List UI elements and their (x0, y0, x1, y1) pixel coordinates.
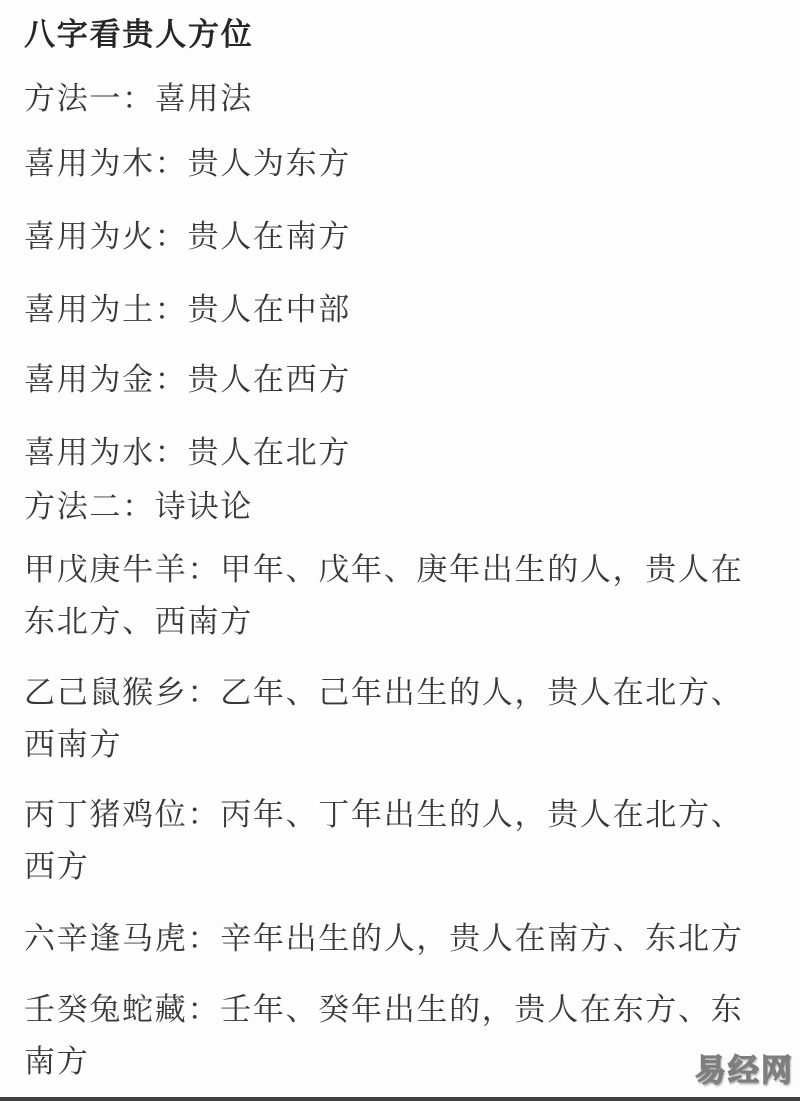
line-jia-wu-geng: 甲戊庚牛羊：甲年、戊年、庚年出生的人，贵人在 东北方、西南方 (0, 544, 800, 648)
line-ren-gui: 壬癸兔蛇藏：壬年、癸年出生的，贵人在东方、东 南方 (0, 984, 800, 1088)
line-wood: 喜用为木：贵人为东方 (0, 138, 800, 190)
page-title: 八字看贵人方位 (0, 0, 800, 58)
line-bing-ding: 丙丁猪鸡位：丙年、丁年出生的人，贵人在北方、 西方 (0, 789, 800, 893)
line-earth: 喜用为土：贵人在中部 (0, 284, 800, 336)
line-liu-xin: 六辛逢马虎：辛年出生的人，贵人在南方、东北方 (0, 913, 800, 965)
line-method-1: 方法一：喜用法 (0, 73, 800, 125)
line-water: 喜用为水：贵人在北方 (0, 427, 800, 479)
site-watermark: 易经网 (695, 1045, 794, 1090)
line-fire: 喜用为火：贵人在南方 (0, 211, 800, 263)
line-yi-ji: 乙己鼠猴乡：乙年、己年出生的人，贵人在北方、 西南方 (0, 667, 800, 771)
bottom-divider (0, 1097, 800, 1101)
line-method-2: 方法二：诗诀论 (0, 481, 800, 533)
line-metal: 喜用为金：贵人在西方 (0, 354, 800, 406)
article-page: 八字看贵人方位 方法一：喜用法 喜用为木：贵人为东方 喜用为火：贵人在南方 喜用… (0, 0, 800, 1102)
